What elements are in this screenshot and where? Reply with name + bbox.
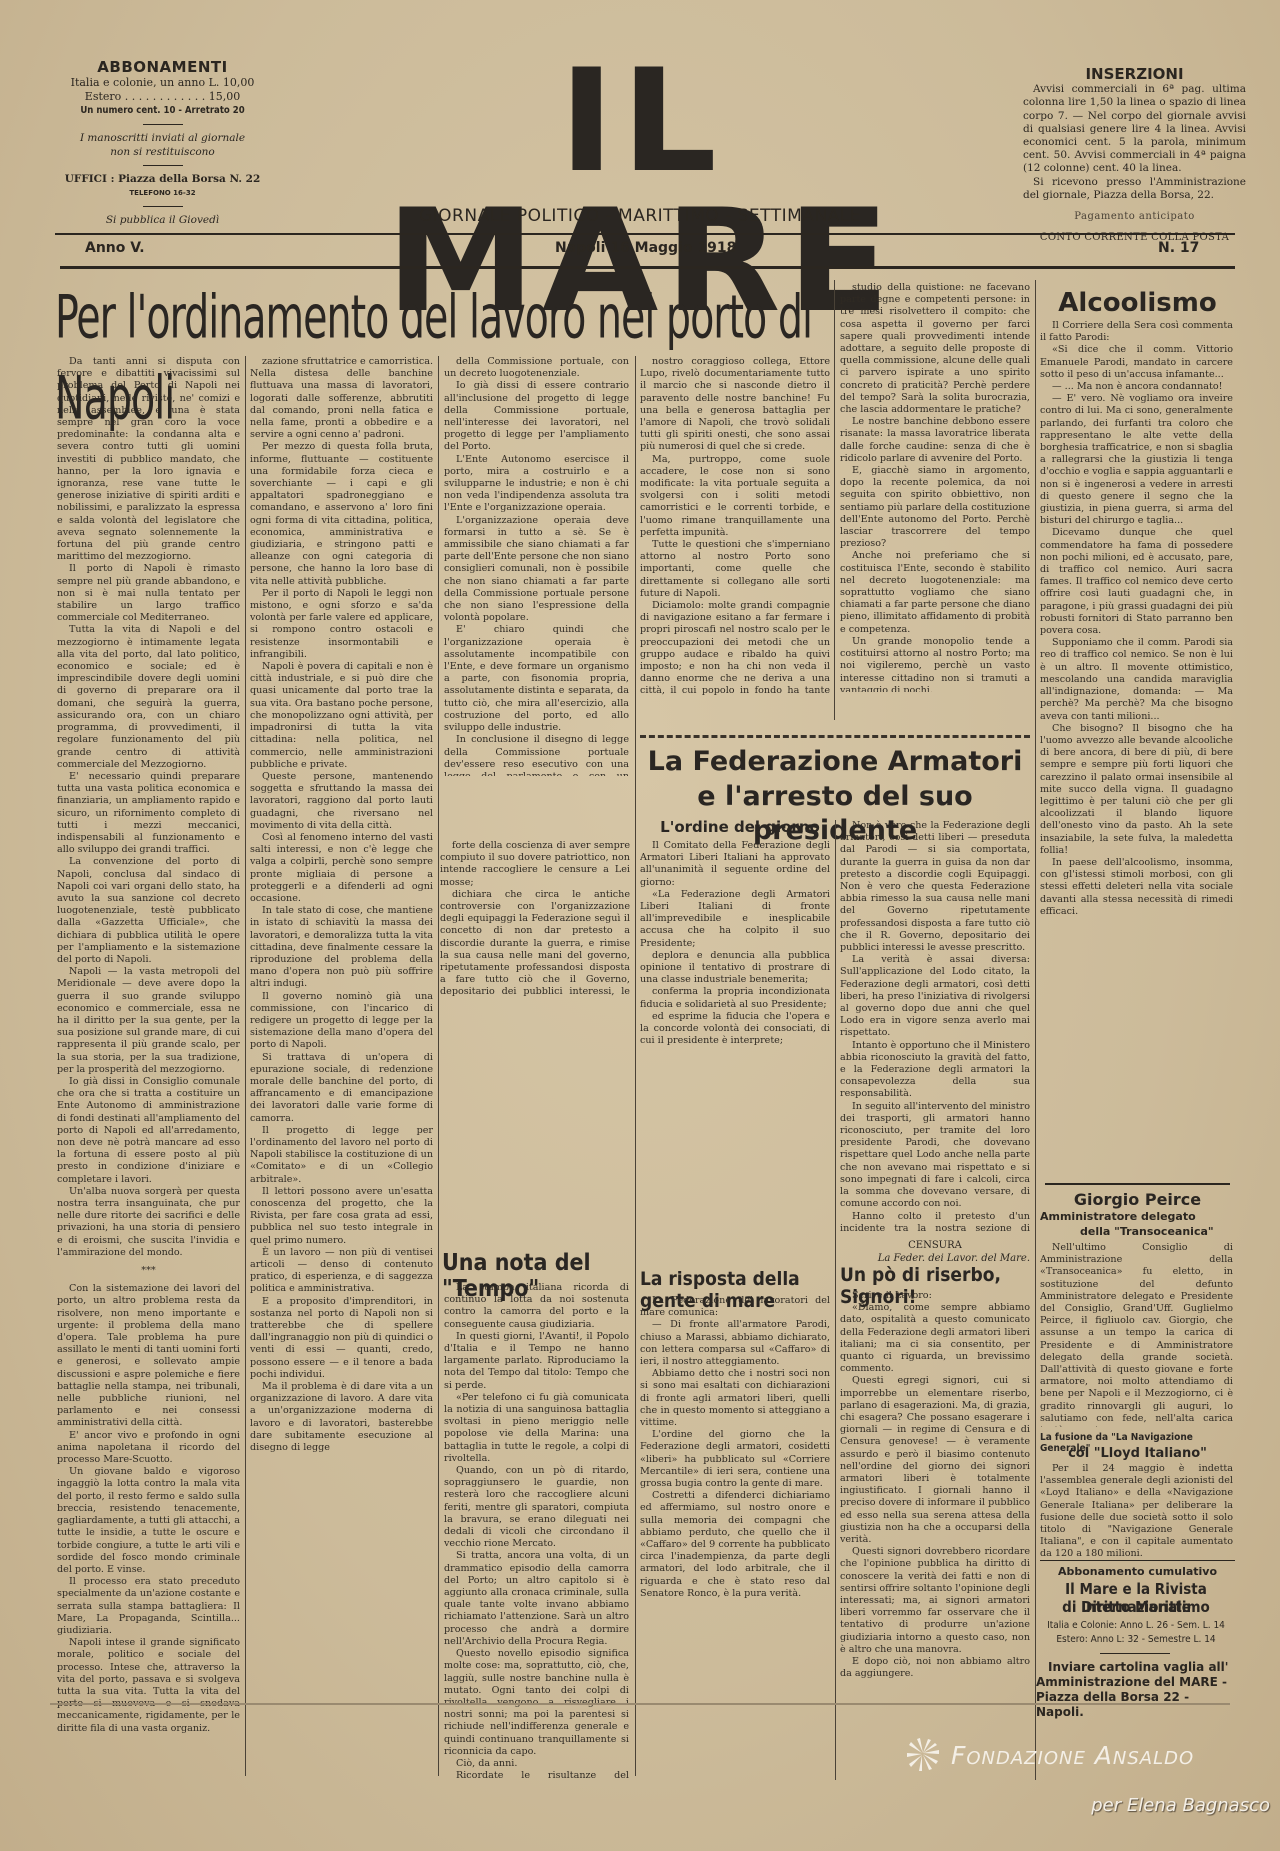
paragraph: E, giacchè siamo in argomento, dopo la r… — [840, 465, 1030, 550]
sunburst-icon — [905, 1737, 941, 1773]
paragraph: Un grande monopolio tende a costituirsi … — [840, 636, 1030, 692]
subscriptions-box: ABBONAMENTI Italia e colonie, un anno L.… — [55, 60, 270, 227]
lloyd-headline-2: col "Lloyd Italiano" — [1040, 1446, 1235, 1461]
phone-number: TELEFONO 16-32 — [55, 186, 270, 200]
article-column: forte della coscienza di aver sempre com… — [440, 840, 630, 1000]
paragraph: Tutta la vita di Napoli e del mezzogiorn… — [57, 624, 240, 770]
insertions-heading: INSERZIONI — [1023, 68, 1246, 81]
newspaper-subtitle: GIORNALE POLITICO - MARITTIMO - SETTIMAN… — [360, 206, 920, 226]
foundation-logo: Fondazione Ansaldo — [905, 1735, 1265, 1775]
column-rule — [834, 280, 835, 720]
paragraph: Così al fenomeno interno del vasti salti… — [250, 832, 433, 905]
article-column: Il Corriere della Sera così commenta il … — [1040, 320, 1233, 1180]
rule — [1045, 1183, 1230, 1185]
paragraph: — Di fronte all'armatore Parodi, chiuso … — [640, 1319, 830, 1368]
paragraph: E a proposito d'imprenditori, in sostanz… — [250, 1296, 433, 1381]
article-column: La Federazione dei lavoratori del mare c… — [640, 1295, 830, 1780]
divider — [143, 165, 183, 166]
paragraph: È un lavoro — non più di ventisei artico… — [250, 1247, 433, 1296]
lloyd-body: Per il 24 maggio è indetta l'assemblea g… — [1040, 1463, 1233, 1558]
peirce-subhead: Amministratore delegato — [1040, 1210, 1235, 1223]
paragraph: Quando, con un pò di ritardo, sopraggiun… — [444, 1465, 629, 1550]
paragraph: Anche noi preferiamo che si costituisca … — [840, 550, 1030, 635]
paragraph: conferma la propria incondizionata fiduc… — [640, 986, 830, 1010]
credit-line: per Elena Bagnasco — [1040, 1795, 1270, 1816]
insertions-box: INSERZIONI Avvisi commerciali in 6ª pag.… — [1023, 68, 1246, 244]
rule — [55, 233, 1235, 235]
paragraph: Non è vero che la Federazione degli arma… — [840, 820, 1030, 954]
paragraph: Il Corriere della Sera così commenta il … — [1040, 320, 1233, 344]
paragraph: In tale stato di cose, che mantiene in i… — [250, 905, 433, 990]
divider — [1100, 1653, 1170, 1654]
issue-date: Napoli 16 Maggio 1918 — [555, 240, 736, 256]
paragraph: studio della quistione: ne facevano part… — [840, 282, 1030, 416]
cumulative-rate: Italia e Colonie: Anno L. 26 - Sem. L. 1… — [1036, 1620, 1236, 1631]
column-rule — [635, 356, 636, 1776]
paragraph: Supponiamo che il comm. Parodi sia reo d… — [1040, 637, 1233, 722]
manuscripts-note: non si restituiscono — [55, 145, 270, 159]
paragraph: Hanno colto il pretesto d'un incidente t… — [840, 1211, 1030, 1236]
signature: La Feder. dei Lavor. del Mare. — [840, 1253, 1030, 1264]
paragraph: La verità è assai diversa: Sull'applicaz… — [840, 954, 1030, 1039]
paragraph: Il governo nominò già una commissione, c… — [250, 991, 433, 1052]
article-column: studio della quistione: ne facevano part… — [840, 282, 1030, 692]
paragraph: In paese dell'alcoolismo, insomma, con g… — [1040, 857, 1233, 918]
issue-number: N. 17 — [1158, 240, 1199, 256]
newspaper-page: ABBONAMENTI Italia e colonie, un anno L.… — [0, 0, 1280, 1851]
paragraph: Il porto di Napoli è rimasto sempre nel … — [57, 563, 240, 624]
article-column: della Commissione portuale, con un decre… — [444, 356, 629, 776]
paragraph: La Federazione dei lavoratori del mare c… — [640, 1295, 830, 1319]
paragraph: Un giovane baldo e vigoroso ingaggiò la … — [57, 1466, 240, 1576]
paragraph: E dopo ciò, noi non abbiamo altro da agg… — [840, 1656, 1030, 1680]
rule — [1040, 266, 1235, 269]
paragraph: Io già dissi di essere contrario all'inc… — [444, 380, 629, 453]
subscriptions-heading: ABBONAMENTI — [55, 60, 270, 74]
subscription-line: Un numero cent. 10 - Arretrato 20 — [55, 104, 270, 118]
cumulative-rate-2: Estero: Anno L: 32 - Semestre L. 14 — [1036, 1634, 1236, 1645]
paragraph: Si tratta, ancora una volta, di un dramm… — [444, 1550, 629, 1648]
cumulative-cta: Inviare cartolina vaglia all' Amministra… — [1036, 1660, 1236, 1720]
subscription-line: Estero . . . . . . . . . . . . 15,00 — [55, 90, 270, 104]
paragraph: «Diamo, come sempre abbiamo dato, ospita… — [840, 1302, 1030, 1375]
paragraph: — E' vero. Nè vogliamo ora inveire contr… — [1040, 393, 1233, 527]
paragraph: L'Ente Autonomo esercisce il porto, mira… — [444, 454, 629, 515]
paragraph: Un'alba nuova sorgerà per questa nostra … — [57, 1186, 240, 1259]
paragraph: L'organizzazione operaia deve formarsi i… — [444, 515, 629, 625]
article-column: nostro coraggioso collega, Ettore Lupo, … — [640, 356, 830, 696]
paragraph: Scrive il Lavoro: — [840, 1290, 1030, 1302]
insertions-rates: Avvisi commerciali in 6ª pag. ultima col… — [1023, 83, 1246, 175]
paragraph: ed esprime la fiducia che l'opera e la c… — [640, 1011, 830, 1048]
insertions-address: Si ricevono presso l'Amministrazione del… — [1023, 176, 1246, 202]
peirce-headline: Giorgio Peirce — [1040, 1190, 1235, 1209]
paragraph: E' necessario quindi preparare tutta una… — [57, 771, 240, 856]
paragraph: — ... Ma non è ancora condannato! — [1040, 381, 1233, 393]
divider — [143, 206, 183, 207]
paragraph: forte della coscienza di aver sempre com… — [440, 840, 630, 889]
publication-day: Si pubblica il Giovedì — [55, 213, 270, 227]
paragraph: Ciò, da anni. — [444, 1758, 629, 1770]
federazione-headline: La Federazione Armatori — [640, 745, 1030, 779]
paragraph: E' ancor vivo e profondo in ogni anima n… — [57, 1430, 240, 1467]
paragraph: «La Federazione degli Armatori Liberi It… — [640, 889, 830, 950]
paragraph: Per mezzo di questa folla bruta, informe… — [250, 441, 433, 587]
subscription-line: Italia e colonie, un anno L. 10,00 — [55, 76, 270, 90]
paragraph: «Si dice che il comm. Vittorio Emanuele … — [1040, 344, 1233, 381]
article-column: Scrive il Lavoro:«Diamo, come sempre abb… — [840, 1290, 1030, 1760]
peirce-subhead-2: della "Transoceanica" — [1080, 1225, 1235, 1238]
paragraph: Costretti a difenderci dichiariamo ed af… — [640, 1490, 830, 1600]
paragraph: Intanto è opportuno che il Ministero abb… — [840, 1040, 1030, 1101]
paragraph: Che bisogno? Il bisogno che ha l'uomo av… — [1040, 723, 1233, 857]
paragraph: zazione sfruttatrice e camorristica. Nel… — [250, 356, 433, 441]
censorship-note: CENSURA — [840, 1240, 1030, 1251]
paragraph: In questi giorni, l'Avanti!, il Popolo d… — [444, 1331, 629, 1392]
paragraph: Abbiamo detto che i nostri soci non si s… — [640, 1368, 830, 1429]
article-column: zazione sfruttatrice e camorristica. Nel… — [250, 356, 433, 1786]
paragraph: Ma, purtroppo, come suole accadere, le c… — [640, 454, 830, 539]
column-rule — [1035, 280, 1036, 1780]
paragraph: Napoli è povera di capitali e non è citt… — [250, 661, 433, 771]
paragraph: nostro coraggioso collega, Ettore Lupo, … — [640, 356, 830, 454]
newspaper-title: IL MARE — [297, 52, 986, 192]
paragraph: Le nostre banchine debbono essere risana… — [840, 416, 1030, 465]
paragraph: Queste persone, mantenendo soggetta e sf… — [250, 771, 433, 832]
manuscripts-note: I manoscritti inviati al giornale — [55, 131, 270, 145]
federazione-subhead: L'ordine del giorno — [645, 818, 835, 836]
rule — [1040, 1560, 1235, 1561]
paragraph: Ricordate le risultanze del clamoroso pr… — [444, 1770, 629, 1782]
paragraph: La stampa italiana ricorda di continuo l… — [444, 1282, 629, 1331]
column-rule — [835, 820, 836, 1780]
paragraph: Con la sistemazione dei lavori del porto… — [57, 1283, 240, 1429]
paragraph: della Commissione portuale, con un decre… — [444, 356, 629, 380]
foundation-name: Fondazione Ansaldo — [951, 1741, 1194, 1770]
article-column: Nell'ultimo Consiglio di Amministrazione… — [1040, 1242, 1233, 1427]
paragraph: Il Comitato della Federazione degli Arma… — [640, 840, 830, 889]
paragraph: *** — [57, 1265, 240, 1277]
paragraph: La convenzione del porto di Napoli, conc… — [57, 856, 240, 966]
article-column: Da tanti anni si disputa con fervore e d… — [57, 356, 240, 1786]
column-rule — [438, 356, 439, 1776]
peirce-body: Nell'ultimo Consiglio di Amministrazione… — [1040, 1242, 1233, 1427]
paragraph: E' chiaro quindi che l'organizzazione op… — [444, 624, 629, 734]
paragraph: Il progetto di legge per l'ordinamento d… — [250, 1125, 433, 1186]
cumulative-heading: Abbonamento cumulativo — [1040, 1565, 1235, 1578]
paragraph: Il processo era stato preceduto specialm… — [57, 1576, 240, 1637]
column-rule — [245, 356, 246, 1776]
alcoolismo-headline: Alcoolismo — [1040, 288, 1235, 318]
payment-note: Pagamento anticipato — [1023, 210, 1246, 223]
paragraph: Ma il problema è di dare vita a un organ… — [250, 1381, 433, 1454]
paragraph: Io già dissi in Consiglio comunale che o… — [57, 1076, 240, 1186]
paragraph: Si trattava di un'opera di epurazione so… — [250, 1052, 433, 1125]
decorative-rule — [640, 735, 1030, 738]
paragraph: deplora e denuncia alla pubblica opinion… — [640, 950, 830, 987]
paragraph: Tutte le questioni che s'imperniano atto… — [640, 539, 830, 600]
paragraph: L'ordine del giorno che la Federazione d… — [640, 1429, 830, 1490]
article-column: La stampa italiana ricorda di continuo l… — [444, 1282, 629, 1782]
paragraph: Da tanti anni si disputa con fervore e d… — [57, 356, 240, 563]
paragraph: dichiara che circa le antiche controvers… — [440, 889, 630, 1000]
cumulative-title-2: di Diritto Marittimo — [1036, 1598, 1236, 1616]
paragraph: Per il porto di Napoli le leggi non mist… — [250, 588, 433, 661]
paragraph: Napoli — la vasta metropoli del Meridion… — [57, 966, 240, 1076]
paragraph: «Per telefono ci fu già comunicata la no… — [444, 1392, 629, 1465]
paragraph: Il lettori possono avere un'esatta conos… — [250, 1186, 433, 1247]
rule — [50, 1703, 1230, 1705]
divider — [143, 124, 183, 125]
article-column: Il Comitato della Federazione degli Arma… — [640, 840, 830, 1260]
article-column: Non è vero che la Federazione degli arma… — [840, 820, 1030, 1235]
paragraph: Dicevamo dunque che quel commendatore ha… — [1040, 527, 1233, 637]
offices-address: UFFICI : Piazza della Borsa N. 22 — [55, 172, 270, 186]
paragraph: Napoli intese il grande significato mora… — [57, 1637, 240, 1735]
paragraph: Diciamolo: molte grandi compagnie di nav… — [640, 600, 830, 696]
paragraph: In conclusione il disegno di legge della… — [444, 734, 629, 776]
paragraph: In seguito all'intervento del ministro d… — [840, 1101, 1030, 1211]
volume-year: Anno V. — [85, 240, 145, 256]
paragraph: Questi signori dovrebbero ricordare che … — [840, 1546, 1030, 1656]
article-column: Per il 24 maggio è indetta l'assemblea g… — [1040, 1463, 1233, 1558]
paragraph: Questi egregi signori, cui si imporrebbe… — [840, 1375, 1030, 1546]
